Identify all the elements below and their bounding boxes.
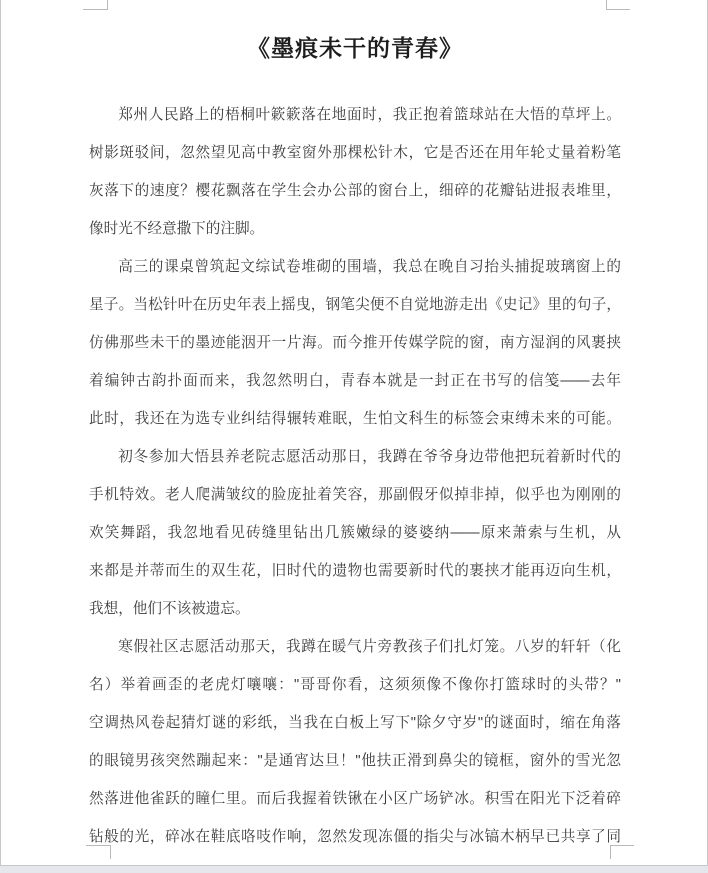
- text-line[interactable]: 钻般的光，碎冰在鞋底咯吱作响，忽然发现冻僵的指尖与冰镐木柄早已共享了同: [89, 818, 621, 856]
- text-line[interactable]: 来都是并蒂而生的双生花，旧时代的遗物也需要新时代的裹挟才能再迈向生机，: [89, 552, 621, 590]
- text-line[interactable]: 树影斑驳间，忽然望见高中教室窗外那棵松针木，它是否还在用年轮丈量着粉笔: [89, 134, 621, 172]
- text-line[interactable]: 星子。当松针叶在历史年表上摇曳，钢笔尖便不自觉地游走出《史记》里的句子，: [89, 286, 621, 324]
- text-line[interactable]: 郑州人民路上的梧桐叶簌簌落在地面时，我正抱着篮球站在大悟的草坪上。: [89, 96, 621, 134]
- text-line[interactable]: 我想，他们不该被遗忘。: [89, 590, 621, 628]
- text-line[interactable]: 初冬参加大悟县养老院志愿活动那日，我蹲在爷爷身边带他把玩着新时代的: [89, 438, 621, 476]
- document-body: 郑州人民路上的梧桐叶簌簌落在地面时，我正抱着篮球站在大悟的草坪上。树影斑驳间，忽…: [89, 96, 621, 856]
- page-title[interactable]: 《墨痕未干的青春》: [1, 27, 708, 71]
- text-line[interactable]: 着编钟古韵扑面而来，我忽然明白，青春本就是一封正在书写的信笺——去年: [89, 362, 621, 400]
- text-line[interactable]: 欢笑舞蹈，我忽地看见砖缝里钻出几簇嫩绿的婆婆纳——原来萧索与生机，从: [89, 514, 621, 552]
- text-line[interactable]: 灰落下的速度？樱花飘落在学生会办公部的窗台上，细碎的花瓣钻进报表堆里，: [89, 172, 621, 210]
- text-line[interactable]: 手机特效。老人爬满皱纹的脸庞扯着笑容，那副假牙似掉非掉，似乎也为刚刚的: [89, 476, 621, 514]
- text-line[interactable]: 寒假社区志愿活动那天，我蹲在暖气片旁教孩子们扎灯笼。八岁的轩轩（化: [89, 628, 621, 666]
- text-line[interactable]: 的眼镜男孩突然蹦起来："是通宵达旦！"他扶正滑到鼻尖的镜框，窗外的雪光忽: [89, 742, 621, 780]
- text-line[interactable]: 空调热风卷起猜灯谜的彩纸，当我在白板上写下"除夕守岁"的谜面时，缩在角落: [89, 704, 621, 742]
- text-line[interactable]: 名）举着画歪的老虎灯嚷嚷："哥哥你看，这须须像不像你打篮球时的头带？": [89, 666, 621, 704]
- text-line[interactable]: 高三的课桌曾筑起文综试卷堆砌的围墙，我总在晚自习抬头捕捉玻璃窗上的: [89, 248, 621, 286]
- text-line[interactable]: 此时，我还在为选专业纠结得辗转难眠，生怕文科生的标签会束缚未来的可能。: [89, 400, 621, 438]
- text-boundary-mark-top-left: [83, 0, 108, 10]
- text-boundary-mark-top-right: [606, 0, 630, 10]
- app-background: 《墨痕未干的青春》 郑州人民路上的梧桐叶簌簌落在地面时，我正抱着篮球站在大悟的草…: [0, 0, 708, 873]
- text-line[interactable]: 仿佛那些未干的墨迹能洇开一片海。而今推开传媒学院的窗，南方湿润的风裹挟: [89, 324, 621, 362]
- text-line[interactable]: 像时光不经意撒下的注脚。: [89, 210, 621, 248]
- text-line[interactable]: 然落进他雀跃的瞳仁里。而后我握着铁锹在小区广场铲冰。积雪在阳光下泛着碎: [89, 780, 621, 818]
- document-page: 《墨痕未干的青春》 郑州人民路上的梧桐叶簌簌落在地面时，我正抱着篮球站在大悟的草…: [0, 0, 708, 866]
